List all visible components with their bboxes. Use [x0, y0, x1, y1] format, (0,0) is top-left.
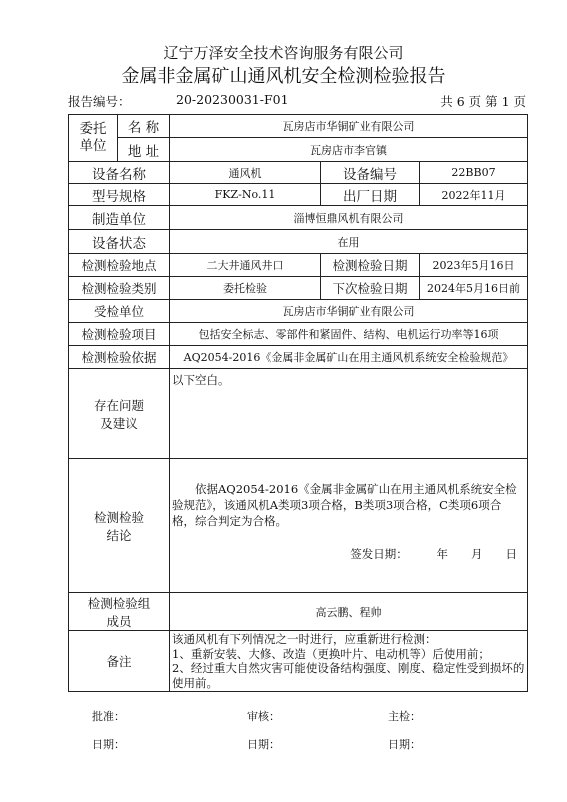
issues-label-line1: 存在问题 [69, 396, 169, 414]
basis-label: 检测检验依据 [69, 346, 170, 369]
factory-date-label: 出厂日期 [321, 184, 420, 206]
model: FKZ-No.11 [170, 184, 321, 206]
conclusion-label-line1: 检测检验 [69, 508, 169, 526]
inspected-unit: 瓦房店市华铜矿业有限公司 [170, 300, 528, 323]
team: 高云鹏、程帅 [170, 593, 528, 631]
inspector-label: 主检： [388, 708, 421, 724]
remark-line: 1、重新安装、大修、改造（更换叶片、电动机等）后使用前； [172, 647, 525, 662]
team-label-line1: 检测检验组 [69, 594, 169, 612]
conclusion: 依据AQ2054-2016《金属非金属矿山在用主通风机系统安全检验规范》，该通风… [170, 459, 528, 593]
remark-line: 该通风机有下列情况之一时进行，应重新进行检测： [172, 632, 525, 647]
report-table: 委托单位 名 称 瓦房店市华铜矿业有限公司 地 址 瓦房店市李官镇 设备名称 通… [68, 114, 528, 692]
issues-label-line2: 及建议 [69, 414, 169, 432]
approve-label: 批准： [92, 708, 125, 724]
category-label: 检测检验类别 [69, 277, 170, 300]
client-name: 瓦房店市华铜矿业有限公司 [170, 115, 528, 138]
issues-label: 存在问题 及建议 [69, 369, 170, 459]
location-label: 检测检验地点 [69, 254, 170, 277]
device-no-label: 设备编号 [321, 162, 420, 184]
inspect-date: 2023年5月16日 [420, 254, 528, 277]
team-label-line2: 成员 [69, 612, 169, 630]
next-date: 2024年5月16日前 [420, 277, 528, 300]
company-name: 辽宁万泽安全技术咨询服务有限公司 [0, 42, 567, 63]
report-no: 20-20230031-F01 [176, 92, 289, 107]
category: 委托检验 [170, 277, 321, 300]
device-name-label: 设备名称 [69, 162, 170, 184]
location: 二大井通风井口 [170, 254, 321, 277]
manufacturer: 淄博恒鼎风机有限公司 [170, 206, 528, 230]
factory-date: 2022年11月 [420, 184, 528, 206]
remark-line: 2、经过重大自然灾害可能使设备结构强度、刚度、稳定性受到损坏的使用前。 [172, 661, 525, 690]
conclusion-label: 检测检验 结论 [69, 459, 170, 593]
client-addr-label: 地 址 [118, 138, 170, 162]
page-count: 共 6 页 第 1 页 [440, 92, 526, 110]
report-no-label: 报告编号： [68, 92, 131, 110]
inspector-date-label: 日期： [388, 736, 421, 752]
remark: 该通风机有下列情况之一时进行，应重新进行检测： 1、重新安装、大修、改造（更换叶… [170, 631, 528, 692]
sign-date: 签发日期： 年 月 日 [350, 546, 517, 562]
status-label: 设备状态 [69, 230, 170, 254]
remark-label: 备注 [69, 631, 170, 692]
review-date-label: 日期： [247, 736, 280, 752]
conclusion-label-line2: 结论 [69, 526, 169, 544]
report-meta: 报告编号： 20-20230031-F01 共 6 页 第 1 页 [68, 90, 526, 110]
report-title: 金属非金属矿山通风机安全检测检验报告 [0, 62, 567, 88]
client-addr: 瓦房店市李官镇 [170, 138, 528, 162]
issues: 以下空白。 [170, 369, 528, 459]
client-label: 委托单位 [69, 115, 118, 162]
items-label: 检测检验项目 [69, 323, 170, 346]
basis: AQ2054-2016《金属非金属矿山在用主通风机系统安全检验规范》 [170, 346, 528, 369]
model-label: 型号规格 [69, 184, 170, 206]
inspected-unit-label: 受检单位 [69, 300, 170, 323]
next-date-label: 下次检验日期 [321, 277, 420, 300]
status: 在用 [170, 230, 528, 254]
manufacturer-label: 制造单位 [69, 206, 170, 230]
items: 包括安全标志、零部件和紧固件、结构、电机运行功率等16项 [170, 323, 528, 346]
client-name-label: 名 称 [118, 115, 170, 138]
conclusion-text: 依据AQ2054-2016《金属非金属矿山在用主通风机系统安全检验规范》，该通风… [172, 481, 523, 529]
approve-date-label: 日期： [92, 736, 125, 752]
team-label: 检测检验组 成员 [69, 593, 170, 631]
inspect-date-label: 检测检验日期 [321, 254, 420, 277]
device-no: 22BB07 [420, 162, 528, 184]
device-name: 通风机 [170, 162, 321, 184]
review-label: 审核： [247, 708, 280, 724]
